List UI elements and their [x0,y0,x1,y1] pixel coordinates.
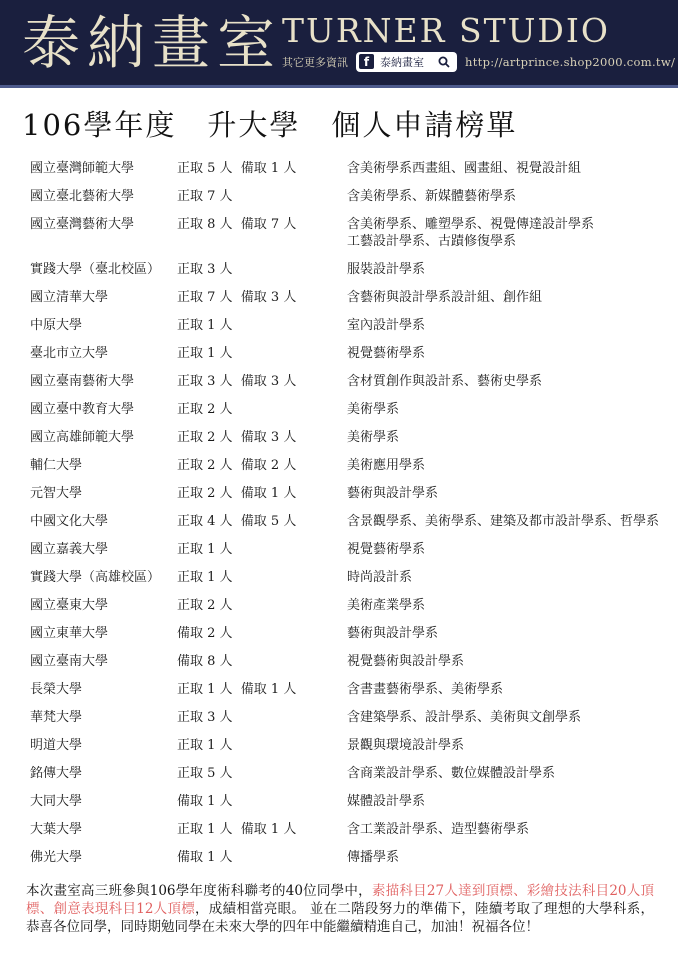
table-row: 中國文化大學正取 4 人 備取 5 人含景觀學系、美術學系、建築及都市設計學系、… [30,513,664,530]
school-name: 中國文化大學 [30,513,175,530]
department-list: 景觀與環境設計學系 [347,737,664,754]
facebook-search-widget[interactable]: f 泰納畫室 [356,52,457,72]
table-row: 國立臺灣藝術大學正取 8 人 備取 7 人含美術學系、雕塑學系、視覺傳達設計學系… [30,216,664,250]
admission-counts: 正取 8 人 備取 7 人 [177,216,345,250]
admission-counts: 正取 1 人 [177,317,345,334]
table-row: 國立臺南大學備取 8 人視覺藝術與設計學系 [30,653,664,670]
table-row: 大同大學備取 1 人媒體設計學系 [30,793,664,810]
department-list: 傳播學系 [347,849,664,866]
admission-counts: 備取 2 人 [177,625,345,642]
table-row: 明道大學正取 1 人景觀與環境設計學系 [30,737,664,754]
admission-counts: 正取 3 人 備取 3 人 [177,373,345,390]
school-name: 輔仁大學 [30,457,175,474]
school-name: 國立臺北藝術大學 [30,188,175,205]
admission-counts: 正取 2 人 [177,401,345,418]
header: 泰納畫室 TURNER STUDIO 其它更多資訊 f 泰納畫室 http://… [0,0,678,88]
department-list: 室內設計學系 [347,317,664,334]
header-links: 其它更多資訊 f 泰納畫室 http://artprince.shop2000.… [282,52,675,72]
admission-counts: 正取 5 人 備取 1 人 [177,160,345,177]
facebook-page-name: 泰納畫室 [380,54,432,70]
school-name: 長榮大學 [30,681,175,698]
header-right: TURNER STUDIO 其它更多資訊 f 泰納畫室 http://artpr… [282,14,677,72]
department-list: 含景觀學系、美術學系、建築及都市設計學系、哲學系 [347,513,664,530]
admission-counts: 正取 1 人 [177,345,345,362]
studio-logo-chinese: 泰納畫室 [22,14,282,72]
website-url-link[interactable]: http://artprince.shop2000.com.tw/ [465,55,675,69]
department-list: 美術學系 [347,429,664,446]
search-icon [438,56,450,68]
table-row: 佛光大學備取 1 人傳播學系 [30,849,664,866]
department-list: 含書畫藝術學系、美術學系 [347,681,664,698]
school-name: 國立臺灣師範大學 [30,160,175,177]
department-list: 含美術學系西畫組、國畫組、視覺設計組 [347,160,664,177]
department-list: 服裝設計學系 [347,261,664,278]
table-row: 實踐大學（臺北校區）正取 3 人服裝設計學系 [30,261,664,278]
school-name: 國立臺南大學 [30,653,175,670]
admission-counts: 備取 1 人 [177,849,345,866]
admission-counts: 正取 2 人 備取 2 人 [177,457,345,474]
department-list: 含美術學系、雕塑學系、視覺傳達設計學系 工藝設計學系、古蹟修復學系 [347,216,664,250]
department-list: 含建築學系、設計學系、美術與文創學系 [347,709,664,726]
school-name: 國立臺南藝術大學 [30,373,175,390]
table-row: 國立臺北藝術大學正取 7 人含美術學系、新媒體藝術學系 [30,188,664,205]
table-row: 國立高雄師範大學正取 2 人 備取 3 人美術學系 [30,429,664,446]
admission-counts: 正取 1 人 [177,541,345,558]
admission-counts: 正取 1 人 備取 1 人 [177,821,345,838]
admission-counts: 備取 1 人 [177,793,345,810]
table-row: 華梵大學正取 3 人含建築學系、設計學系、美術與文創學系 [30,709,664,726]
school-name: 大同大學 [30,793,175,810]
table-row: 國立臺東大學正取 2 人美術產業學系 [30,597,664,614]
footer-note: 本次畫室高三班參與106學年度術科聯考的40位同學中，素描科目27人達到頂標、彩… [26,882,654,936]
department-list: 視覺藝術與設計學系 [347,653,664,670]
school-name: 大葉大學 [30,821,175,838]
school-name: 明道大學 [30,737,175,754]
table-row: 中原大學正取 1 人室內設計學系 [30,317,664,334]
admission-counts: 正取 7 人 備取 3 人 [177,289,345,306]
department-list: 媒體設計學系 [347,793,664,810]
department-list: 藝術與設計學系 [347,625,664,642]
department-list: 含商業設計學系、數位媒體設計學系 [347,765,664,782]
department-list: 含材質創作與設計系、藝術史學系 [347,373,664,390]
table-row: 臺北市立大學正取 1 人視覺藝術學系 [30,345,664,362]
school-name: 國立臺中教育大學 [30,401,175,418]
table-row: 實踐大學（高雄校區）正取 1 人時尚設計系 [30,569,664,586]
school-name: 國立臺東大學 [30,597,175,614]
department-list: 視覺藝術學系 [347,345,664,362]
studio-logo-english: TURNER STUDIO [282,14,610,47]
table-row: 國立嘉義大學正取 1 人視覺藝術學系 [30,541,664,558]
admission-counts: 正取 3 人 [177,261,345,278]
table-row: 國立東華大學備取 2 人藝術與設計學系 [30,625,664,642]
admission-counts: 正取 5 人 [177,765,345,782]
admission-counts: 備取 8 人 [177,653,345,670]
school-name: 國立臺灣藝術大學 [30,216,175,250]
admission-counts: 正取 2 人 備取 1 人 [177,485,345,502]
admission-counts: 正取 2 人 [177,597,345,614]
school-name: 佛光大學 [30,849,175,866]
school-name: 臺北市立大學 [30,345,175,362]
admission-counts: 正取 7 人 [177,188,345,205]
school-name: 實踐大學（臺北校區） [30,261,175,278]
facebook-icon: f [359,54,374,69]
department-list: 美術應用學系 [347,457,664,474]
school-name: 國立高雄師範大學 [30,429,175,446]
school-name: 實踐大學（高雄校區） [30,569,175,586]
admission-counts: 正取 1 人 [177,737,345,754]
admission-counts: 正取 4 人 備取 5 人 [177,513,345,530]
department-list: 含工業設計學系、造型藝術學系 [347,821,664,838]
school-name: 國立清華大學 [30,289,175,306]
department-list: 含美術學系、新媒體藝術學系 [347,188,664,205]
results-table: 國立臺灣師範大學正取 5 人 備取 1 人含美術學系西畫組、國畫組、視覺設計組國… [0,158,678,866]
table-row: 銘傳大學正取 5 人含商業設計學系、數位媒體設計學系 [30,765,664,782]
footer-text-before: 本次畫室高三班參與106學年度術科聯考的40位同學中， [26,883,372,899]
school-name: 元智大學 [30,485,175,502]
table-row: 大葉大學正取 1 人 備取 1 人含工業設計學系、造型藝術學系 [30,821,664,838]
table-row: 國立臺南藝術大學正取 3 人 備取 3 人含材質創作與設計系、藝術史學系 [30,373,664,390]
department-list: 美術學系 [347,401,664,418]
more-info-label: 其它更多資訊 [282,54,348,70]
table-row: 長榮大學正取 1 人 備取 1 人含書畫藝術學系、美術學系 [30,681,664,698]
department-list: 視覺藝術學系 [347,541,664,558]
school-name: 華梵大學 [30,709,175,726]
school-name: 銘傳大學 [30,765,175,782]
admission-counts: 正取 3 人 [177,709,345,726]
school-name: 中原大學 [30,317,175,334]
department-list: 含藝術與設計學系設計組、創作組 [347,289,664,306]
table-row: 國立臺中教育大學正取 2 人美術學系 [30,401,664,418]
department-list: 藝術與設計學系 [347,485,664,502]
table-row: 輔仁大學正取 2 人 備取 2 人美術應用學系 [30,457,664,474]
table-row: 元智大學正取 2 人 備取 1 人藝術與設計學系 [30,485,664,502]
school-name: 國立嘉義大學 [30,541,175,558]
table-row: 國立臺灣師範大學正取 5 人 備取 1 人含美術學系西畫組、國畫組、視覺設計組 [30,160,664,177]
admission-counts: 正取 1 人 [177,569,345,586]
department-list: 美術產業學系 [347,597,664,614]
school-name: 國立東華大學 [30,625,175,642]
table-row: 國立清華大學正取 7 人 備取 3 人含藝術與設計學系設計組、創作組 [30,289,664,306]
admission-counts: 正取 2 人 備取 3 人 [177,429,345,446]
page-title: 106學年度 升大學 個人申請榜單 [22,103,678,144]
admission-counts: 正取 1 人 備取 1 人 [177,681,345,698]
department-list: 時尚設計系 [347,569,664,586]
